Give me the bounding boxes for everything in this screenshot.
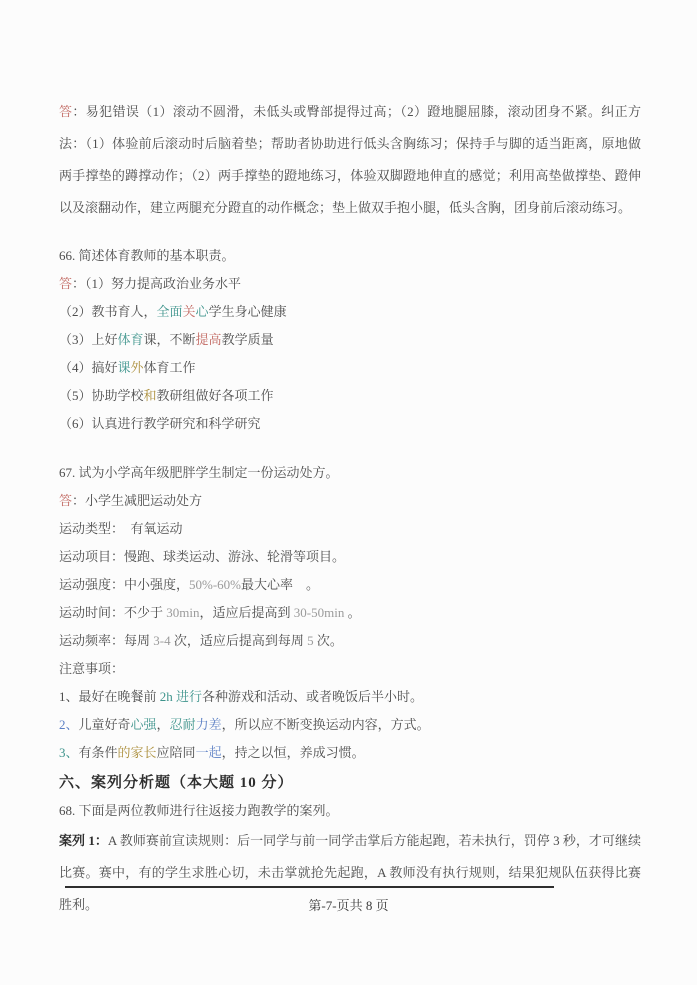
exercise-type: 运动类型： 有氧运动 [59,515,641,543]
text-run: 运动强度：中小强度， [59,577,189,592]
answer-66-item-2: （2）教书育人，全面关心学生身心健康 [59,298,641,326]
answer-paragraph-65: 答：易犯错误（1）滚动不圆滑，未低头或臀部提得过高；（2）蹬地腿屈膝，滚动团身不… [59,96,641,224]
note-3: 3、有条件的家长应陪同一起，持之以恒，养成习惯。 [59,739,641,767]
text-run: 3-4 [153,633,170,648]
text-run: ：（1）努力提高政治业务水平 [72,276,241,291]
text-run: 的家长 [118,745,157,760]
exercise-items: 运动项目：慢跑、球类运动、游泳、轮滑等项目。 [59,543,641,571]
text-run: 2、 [59,717,79,732]
question-66: 66. 简述体育教师的基本职责。 [59,242,641,270]
text-run: 1、最好在晚餐前 [59,689,160,704]
text-run: 心 [196,304,209,319]
question-67: 67. 试为小学高年级肥胖学生制定一份运动处方。 [59,459,641,487]
text-run: 一起 [196,745,222,760]
text-run: 次，适应后提高到每周 [171,633,308,648]
text-run: 体育 [118,332,144,347]
document-page: 答：易犯错误（1）滚动不圆滑，未低头或臀部提得过高；（2）蹬地腿屈膝，滚动团身不… [0,0,697,985]
notes-label: 注意事项： [59,655,641,683]
text-run: 课 [118,360,131,375]
text-run: 和 [144,388,157,403]
text-run: 答 [59,493,72,508]
text-run: 应陪同 [157,745,196,760]
note-2: 2、儿童好奇心强，忍耐力差，所以应不断变换运动内容，方式。 [59,711,641,739]
text-run: 教研组做好各项工作 [157,388,274,403]
text-run: 运动类型： 有氧运动 [59,521,183,536]
text-run: （6）认真进行教学研究和科学研究 [59,416,261,431]
exercise-frequency: 运动频率：每周 3-4 次，适应后提高到每周 5 次。 [59,627,641,655]
text-run: ：小学生减肥运动处方 [72,493,202,508]
text-run: 2h 进行 [160,689,202,704]
text-run: 67. 试为小学高年级肥胖学生制定一份运动处方。 [59,465,339,480]
text-run: ，持之以恒，养成习惯。 [222,745,365,760]
text-run: 最大心率 。 [241,577,319,592]
text-run: ，适应后提高到 [200,605,294,620]
answer-66-item-6: （6）认真进行教学研究和科学研究 [59,410,641,438]
text-run: ：易犯错误（1）滚动不圆滑，未低头或臀部提得过高；（2）蹬地腿屈膝，滚动团身不紧… [59,104,641,215]
text-run: （2）教书育人， [59,304,157,319]
answer-66-item-1: 答：（1）努力提高政治业务水平 [59,270,641,298]
footer-divider [65,886,554,888]
text-run: 心强 [131,717,157,732]
text-run: 注意事项： [59,661,124,676]
text-run: 全面 [157,304,183,319]
text-run: 答 [59,104,72,119]
question-68: 68. 下面是两位教师进行往返接力跑教学的案列。 [59,797,641,825]
note-1: 1、最好在晚餐前 2h 进行各种游戏和活动、或者晚饭后半小时。 [59,683,641,711]
text-run: 外 [131,360,144,375]
text-run: 力差 [196,717,222,732]
answer-66-item-3: （3）上好体育课，不断提高教学质量 [59,326,641,354]
answer-67-title: 答：小学生减肥运动处方 [59,487,641,515]
text-run: 学生身心健康 [209,304,287,319]
text-run: 儿童好奇 [79,717,131,732]
text-run: 关 [183,304,196,319]
text-run: 六、案列分析题（本大题 10 分） [59,775,294,791]
text-run: 体育工作 [144,360,196,375]
text-run: 案列 1： [59,833,108,848]
text-run: ， [157,717,170,732]
text-run: 课，不断 [144,332,196,347]
text-run: （4）搞好 [59,360,118,375]
text-run: （3）上好 [59,332,118,347]
answer-66-item-5: （5）协助学校和教研组做好各项工作 [59,382,641,410]
text-run: 答 [59,276,72,291]
text-run: 运动项目：慢跑、球类运动、游泳、轮滑等项目。 [59,549,345,564]
exercise-duration: 运动时间：不少于 30min，适应后提高到 30-50min 。 [59,599,641,627]
text-run: 50%-60% [189,577,241,592]
text-run: 68. 下面是两位教师进行往返接力跑教学的案列。 [59,803,339,818]
text-run: 3、 [59,745,79,760]
footer-page-number: 第-7-页共 8 页 [0,893,697,919]
text-run: 教学质量 [222,332,274,347]
text-run: 30min [166,605,199,620]
text-run: 有条件 [79,745,118,760]
text-run: 运动频率：每周 [59,633,153,648]
text-run: 30-50min [294,605,345,620]
section-heading-6: 六、案列分析题（本大题 10 分） [59,769,641,797]
text-run: 忍耐 [170,717,196,732]
text-run: 运动时间：不少于 [59,605,166,620]
text-run: ，所以应不断变换运动内容，方式。 [222,717,430,732]
text-run: 各种游戏和活动、或者晚饭后半小时。 [202,689,423,704]
answer-66-item-4: （4）搞好课外体育工作 [59,354,641,382]
text-run: 提高 [196,332,222,347]
exercise-intensity: 运动强度：中小强度，50%-60%最大心率 。 [59,571,641,599]
text-run: 。 [344,605,360,620]
text-run: 次。 [314,633,343,648]
document-body: 答：易犯错误（1）滚动不圆滑，未低头或臀部提得过高；（2）蹬地腿屈膝，滚动团身不… [59,96,641,921]
text-run: （5）协助学校 [59,388,144,403]
text-run: 66. 简述体育教师的基本职责。 [59,248,235,263]
